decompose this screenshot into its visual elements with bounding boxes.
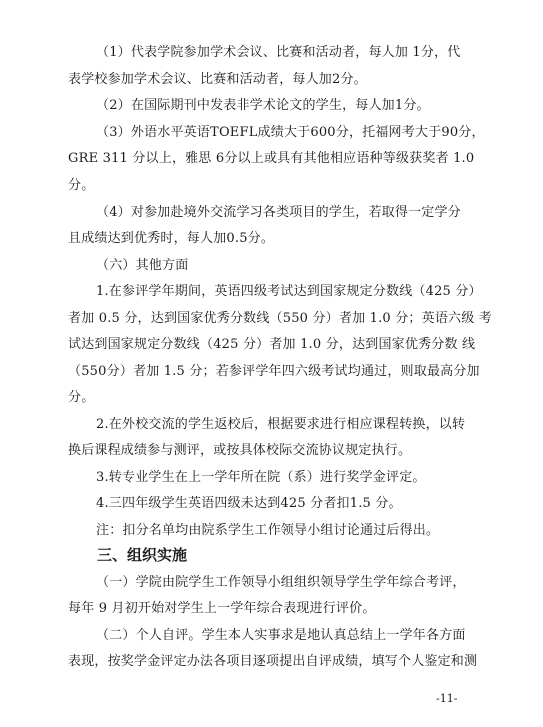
document-page: （1）代表学院参加学术会议、比赛和活动者，每人加 1分，代 表学校参加学术会议、… — [0, 0, 543, 727]
paragraph-line: 且成绩达到优秀时，每人加0.5分。 — [68, 230, 454, 248]
paragraph-line: 分。 — [68, 389, 454, 407]
paragraph-line: 试达到国家规定分数线（425 分）者加 1.0 分，达到国家优秀分数 线 — [68, 336, 454, 354]
paragraph-line: 1.在参评学年期间，英语四级考试达到国家规定分数线（425 分） — [96, 283, 454, 301]
note-line: 注：扣分名单均由院系学生工作领导小组讨论通过后得出。 — [96, 522, 454, 540]
section-heading: 三、组织实施 — [97, 545, 187, 565]
paragraph-line: 者加 0.5 分，达到国家优秀分数线（550 分）者加 1.0 分；英语六级 考 — [68, 310, 454, 328]
subsection-title: （六）其他方面 — [96, 257, 454, 275]
paragraph-line: 换后课程成绩参与测评，或按具体校际交流协议规定执行。 — [68, 442, 454, 460]
paragraph-line: （3）外语水平英语TOEFL成绩大于600分，托福网考大于90分， — [96, 124, 454, 142]
paragraph-line: （1）代表学院参加学术会议、比赛和活动者，每人加 1分，代 — [96, 44, 454, 62]
page-number: -11- — [436, 692, 457, 706]
paragraph-line: （4）对参加赴境外交流学习各类项目的学生，若取得一定学分 — [96, 204, 454, 222]
paragraph-line: 3.转专业学生在上一学年所在院（系）进行奖学金评定。 — [96, 469, 454, 487]
paragraph-line: 表现，按奖学金评定办法各项目逐项提出自评成绩，填写个人鉴定和测 — [68, 653, 454, 671]
paragraph-line: 2.在外校交流的学生返校后，根据要求进行相应课程转换，以转 — [96, 416, 454, 434]
paragraph-line: 分。 — [68, 177, 454, 195]
paragraph-line: （一）学院由院学生工作领导小组组织领导学生学年综合考评， — [96, 574, 454, 592]
paragraph-line: 4.三四年级学生英语四级未达到425 分者扣1.5 分。 — [96, 495, 454, 513]
paragraph-line: 表学校参加学术会议、比赛和活动者，每人加2分。 — [68, 71, 454, 89]
paragraph-line: （二）个人自评。学生本人实事求是地认真总结上一学年各方面 — [96, 627, 454, 645]
paragraph-line: GRE 311 分以上，雅思 6分以上或具有其他相应语种等级获奖者 1.0 — [68, 150, 454, 168]
paragraph-line: 每年 9 月初开始对学生上一学年综合表现进行评价。 — [68, 600, 454, 618]
paragraph-line: （550分）者加 1.5 分；若参评学年四六级考试均通过，则取最高分加 — [68, 363, 454, 381]
paragraph-line: （2）在国际期刊中发表非学术论文的学生，每人加1分。 — [96, 97, 454, 115]
